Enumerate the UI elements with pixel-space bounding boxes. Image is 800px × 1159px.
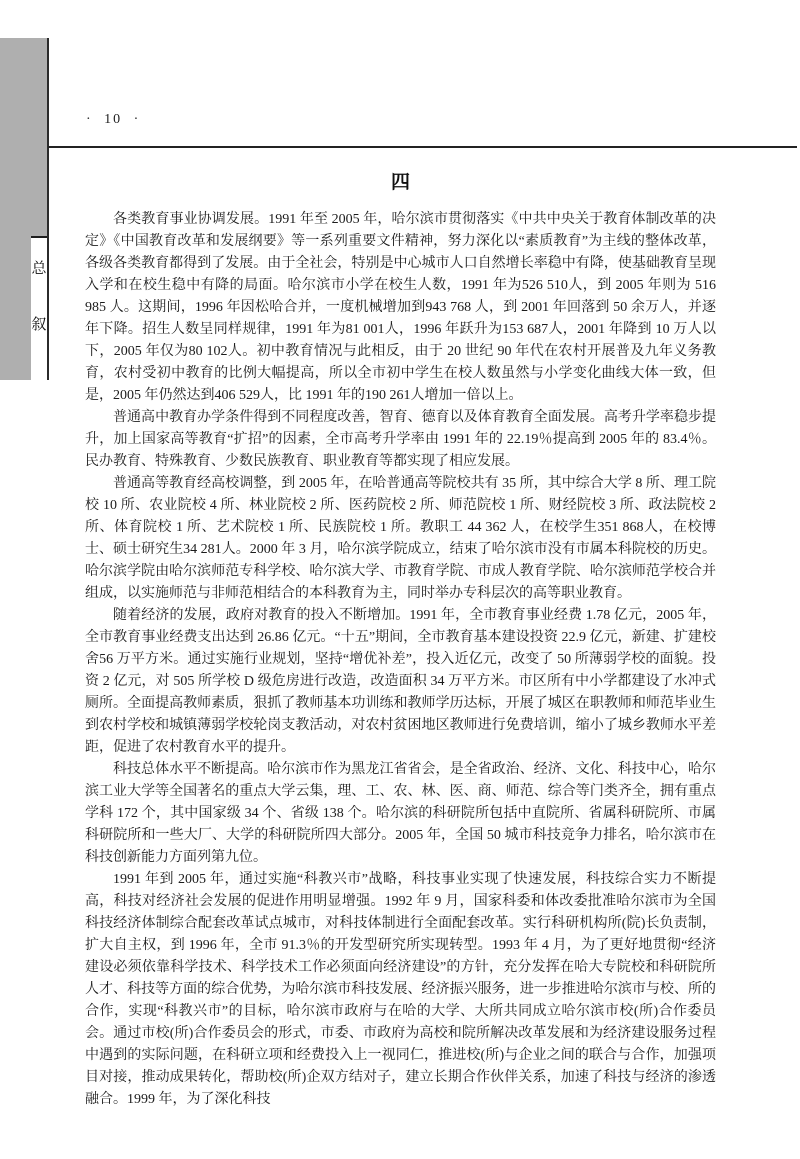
section-heading: 四	[85, 0, 716, 193]
scanned-book-page: 总 叙 · 10 · 四 各类教育事业协调发展。1991 年至 2005 年，哈…	[0, 0, 800, 1159]
thumb-tab-char: 叙	[31, 316, 46, 334]
paragraph: 科技总体水平不断提高。哈尔滨市作为黑龙江省省会，是全省政治、经济、文化、科技中心…	[85, 759, 716, 869]
paragraph: 普通高中教育办学条件得到不同程度改善，智育、德育以及体育教育全面发展。高考升学率…	[85, 407, 716, 473]
text-column: 四 各类教育事业协调发展。1991 年至 2005 年，哈尔滨市贯彻落实《中共中…	[85, 0, 716, 1111]
paragraph: 随着经济的发展，政府对教育的投入不断增加。1991 年，全市教育事业经费 1.7…	[85, 605, 716, 759]
spine-vertical-rule	[47, 38, 49, 380]
thumb-tab-char: 总	[31, 260, 46, 278]
paragraph: 1991 年到 2005 年，通过实施“科教兴市”战略，科技事业实现了快速发展，…	[85, 869, 716, 1111]
paragraph: 普通高等教育经高校调整，到 2005 年，在哈普通高等院校共有 35 所，其中综…	[85, 473, 716, 605]
thumb-index-tab: 总 叙	[31, 236, 47, 380]
paragraph: 各类教育事业协调发展。1991 年至 2005 年，哈尔滨市贯彻落实《中共中央关…	[85, 209, 716, 407]
